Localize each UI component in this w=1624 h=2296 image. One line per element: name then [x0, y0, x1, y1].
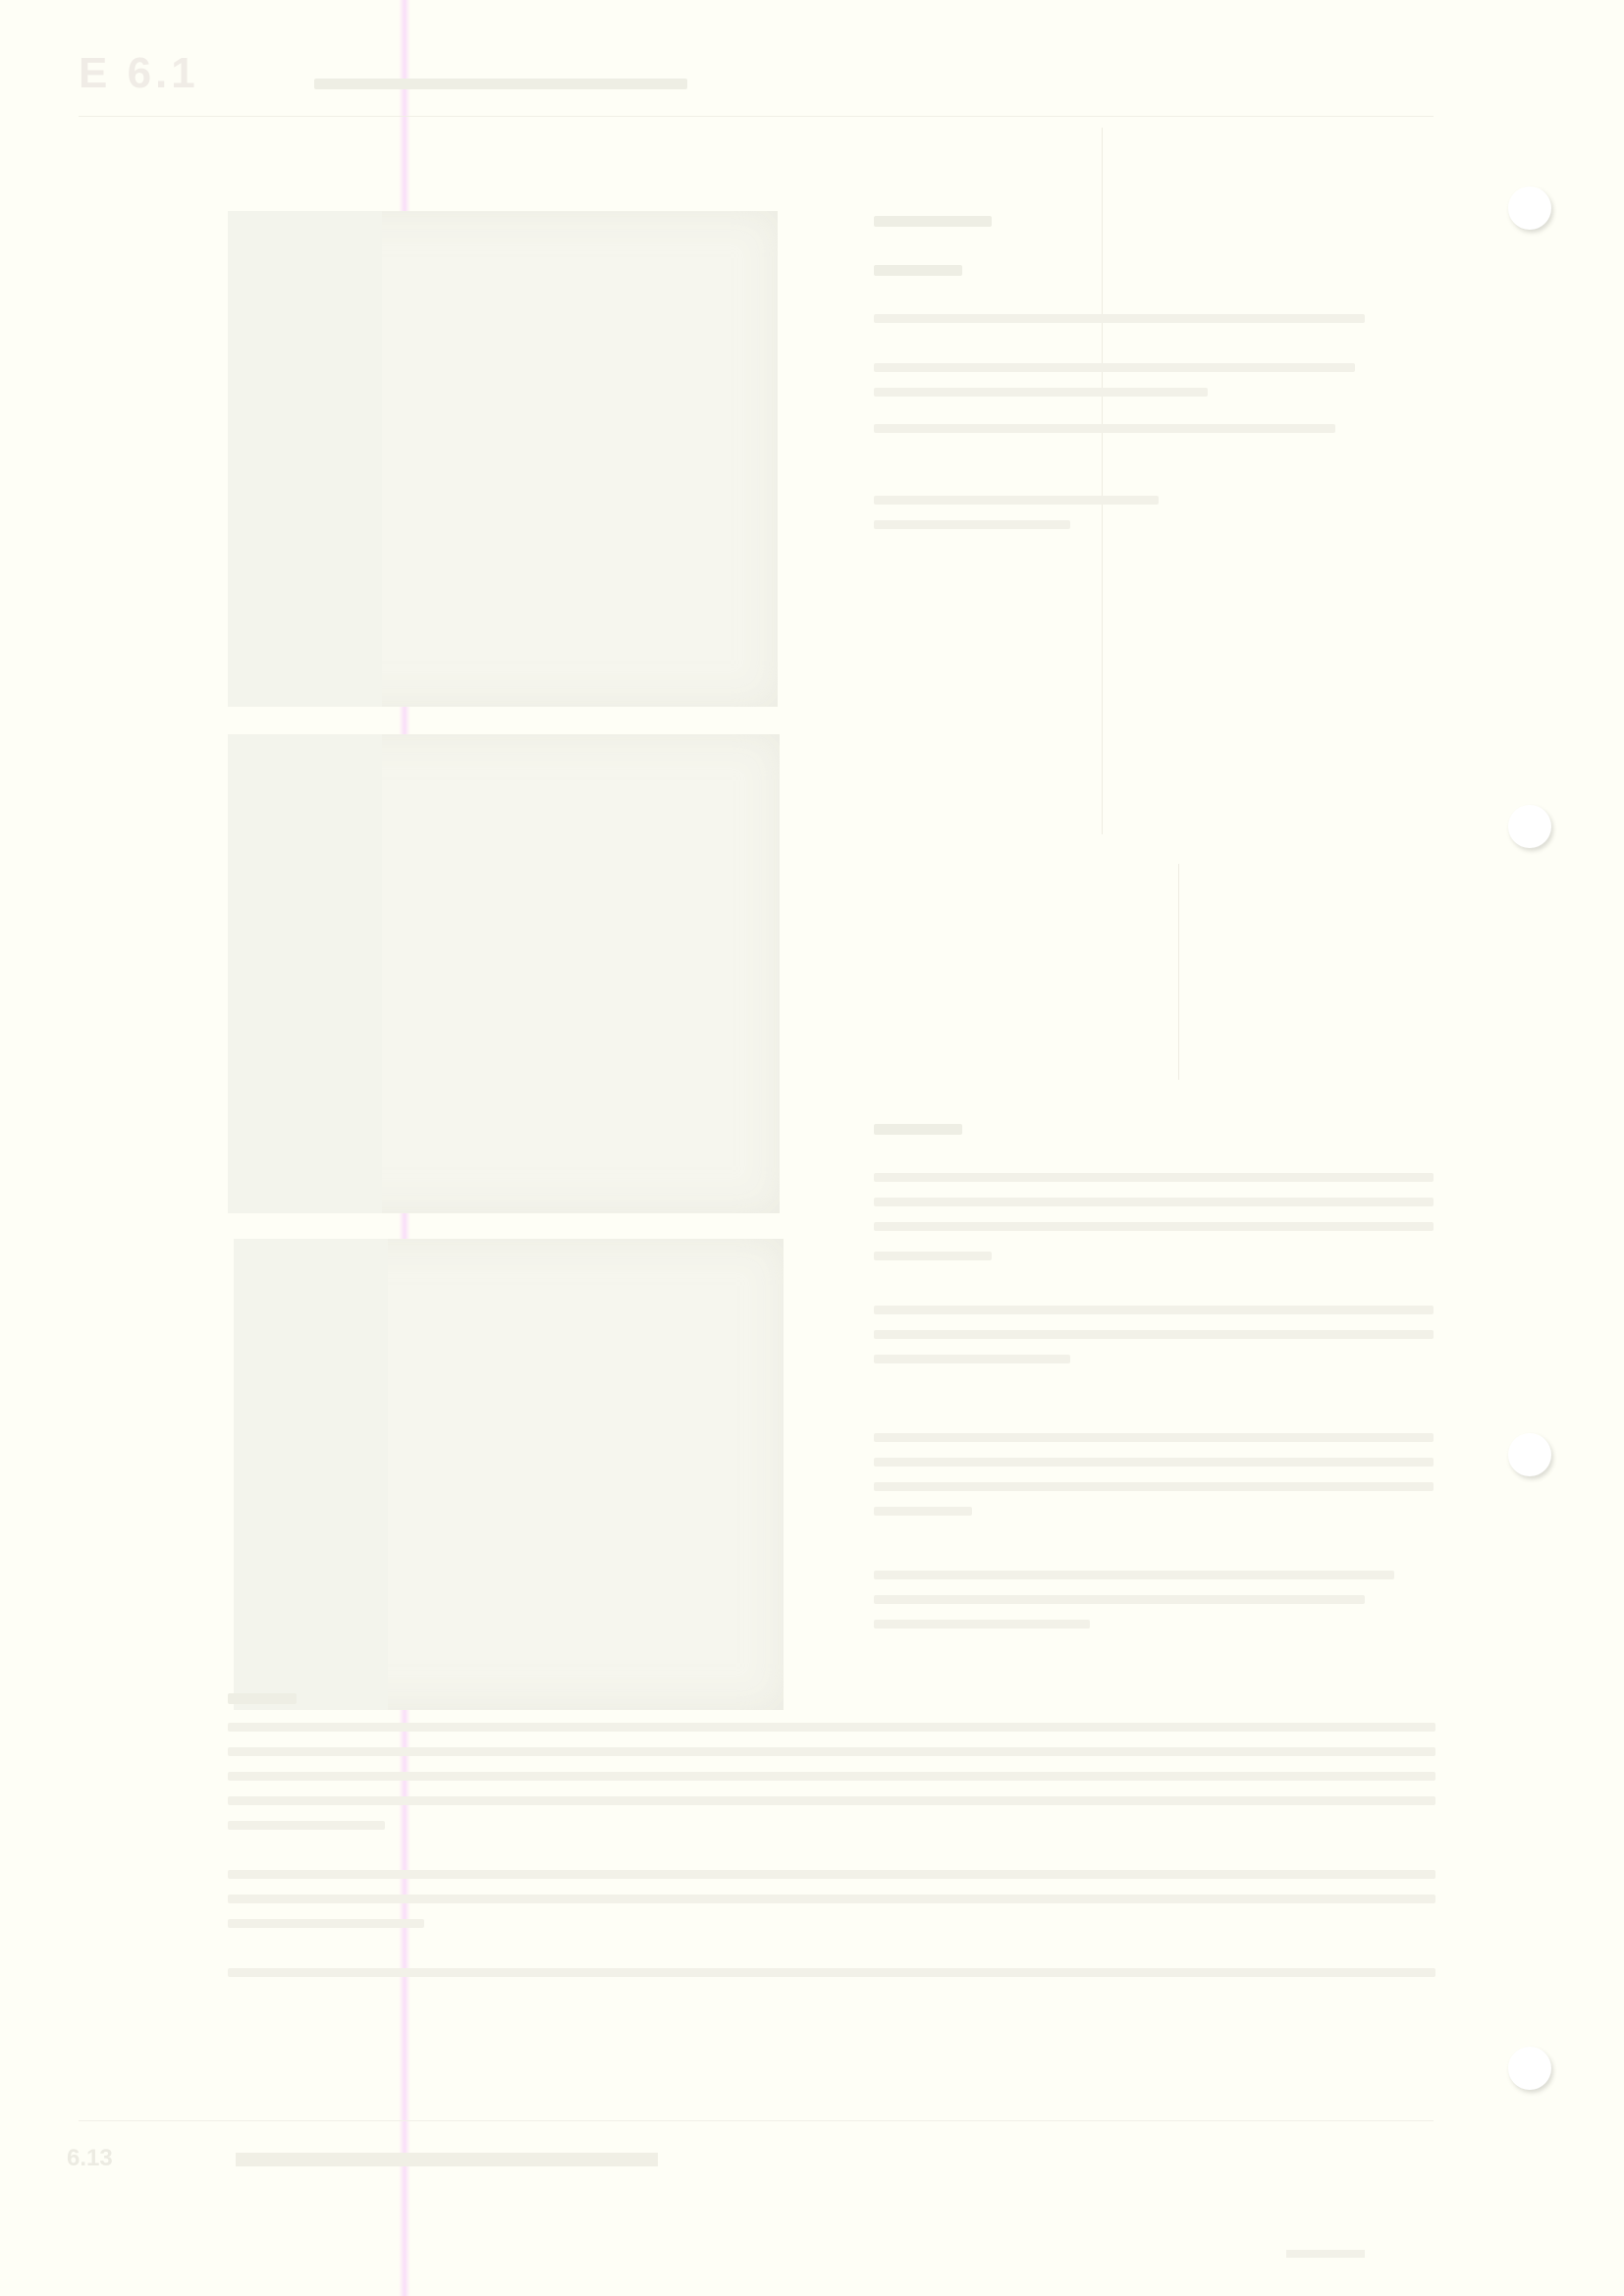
side-text [874, 1507, 972, 1516]
figure-photo-2 [228, 734, 780, 1213]
body-text [228, 1895, 1435, 1903]
side-text [874, 1571, 1394, 1579]
side-text [874, 1482, 1434, 1491]
side-text [874, 1620, 1090, 1629]
side-text [874, 1222, 1434, 1231]
side-text [874, 314, 1365, 323]
body-text [228, 1723, 1435, 1732]
body-text [228, 1747, 1435, 1756]
column-divider-2 [1178, 864, 1179, 1080]
header-divider [79, 116, 1434, 117]
side-heading-2 [874, 265, 962, 276]
punch-hole [1508, 1433, 1551, 1476]
side-text [874, 1173, 1434, 1182]
figure-photo-3 [234, 1239, 784, 1710]
body-text [228, 1772, 1435, 1781]
punch-hole [1508, 187, 1551, 230]
page-title [314, 79, 687, 89]
side-text [874, 363, 1355, 372]
page-number: 6.13 [67, 2145, 113, 2172]
section-code: E 6.1 [79, 49, 199, 98]
side-text [874, 1595, 1365, 1604]
body-text [228, 1796, 1435, 1805]
side-text [874, 1433, 1434, 1442]
side-heading-1 [874, 216, 992, 227]
side-text [874, 1252, 992, 1260]
footer-title [236, 2153, 658, 2166]
side-heading-3 [874, 1124, 962, 1135]
side-text [874, 1330, 1434, 1339]
figure-photo-1 [228, 211, 778, 707]
column-divider [1102, 128, 1103, 834]
punch-hole [1508, 805, 1551, 848]
side-text [874, 424, 1335, 433]
side-text [874, 1198, 1434, 1206]
body-text [228, 1968, 1435, 1977]
side-text [874, 388, 1208, 397]
side-text [874, 1458, 1434, 1467]
footer-mark [1286, 2250, 1365, 2258]
side-text [874, 496, 1159, 505]
side-text [874, 1306, 1434, 1314]
side-text [874, 520, 1070, 529]
body-text [228, 1870, 1435, 1879]
body-text [228, 1919, 424, 1928]
body-text [228, 1821, 385, 1830]
footer-divider [79, 2120, 1434, 2121]
side-text [874, 1355, 1070, 1363]
body-heading [228, 1693, 297, 1704]
punch-hole [1508, 2047, 1551, 2090]
